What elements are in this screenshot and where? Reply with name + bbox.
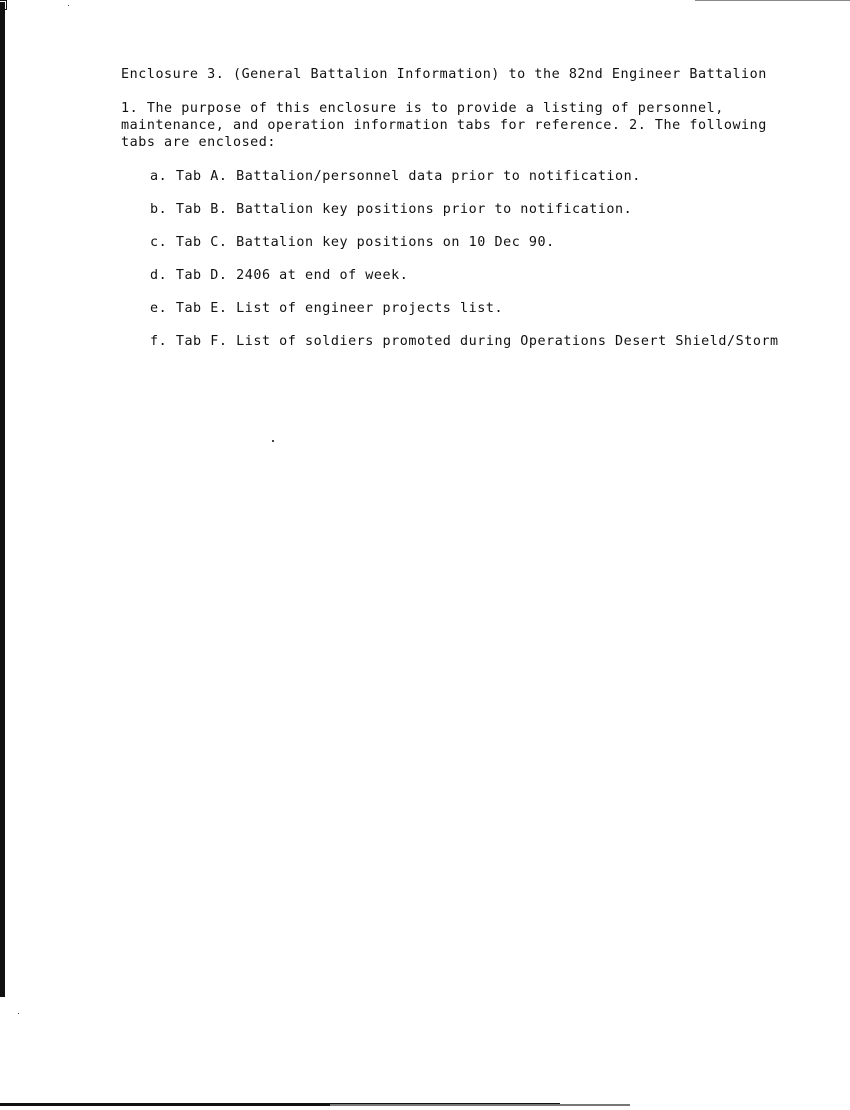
scan-top-edge (695, 0, 850, 1)
intro-paragraph: 1. The purpose of this enclosure is to p… (121, 100, 801, 151)
scan-left-edge (0, 2, 5, 997)
tab-item-b: b. Tab B. Battalion key positions prior … (121, 201, 801, 218)
tab-item-a: a. Tab A. Battalion/personnel data prior… (121, 168, 801, 185)
tab-item-e: e. Tab E. List of engineer projects list… (121, 300, 801, 317)
tab-item-c: c. Tab C. Battalion key positions on 10 … (121, 234, 801, 251)
scan-speck (68, 5, 69, 6)
tab-item-d: d. Tab D. 2406 at end of week. (121, 267, 801, 284)
scan-bottom-edge-faint (330, 1104, 630, 1106)
document-body: Enclosure 3. (General Battalion Informat… (121, 66, 801, 366)
scanned-page: Enclosure 3. (General Battalion Informat… (0, 0, 850, 1110)
scan-speck (18, 1013, 19, 1014)
tab-item-f: f. Tab F. List of soldiers promoted duri… (121, 333, 801, 350)
scan-speck (272, 440, 274, 442)
document-title: Enclosure 3. (General Battalion Informat… (121, 66, 801, 83)
